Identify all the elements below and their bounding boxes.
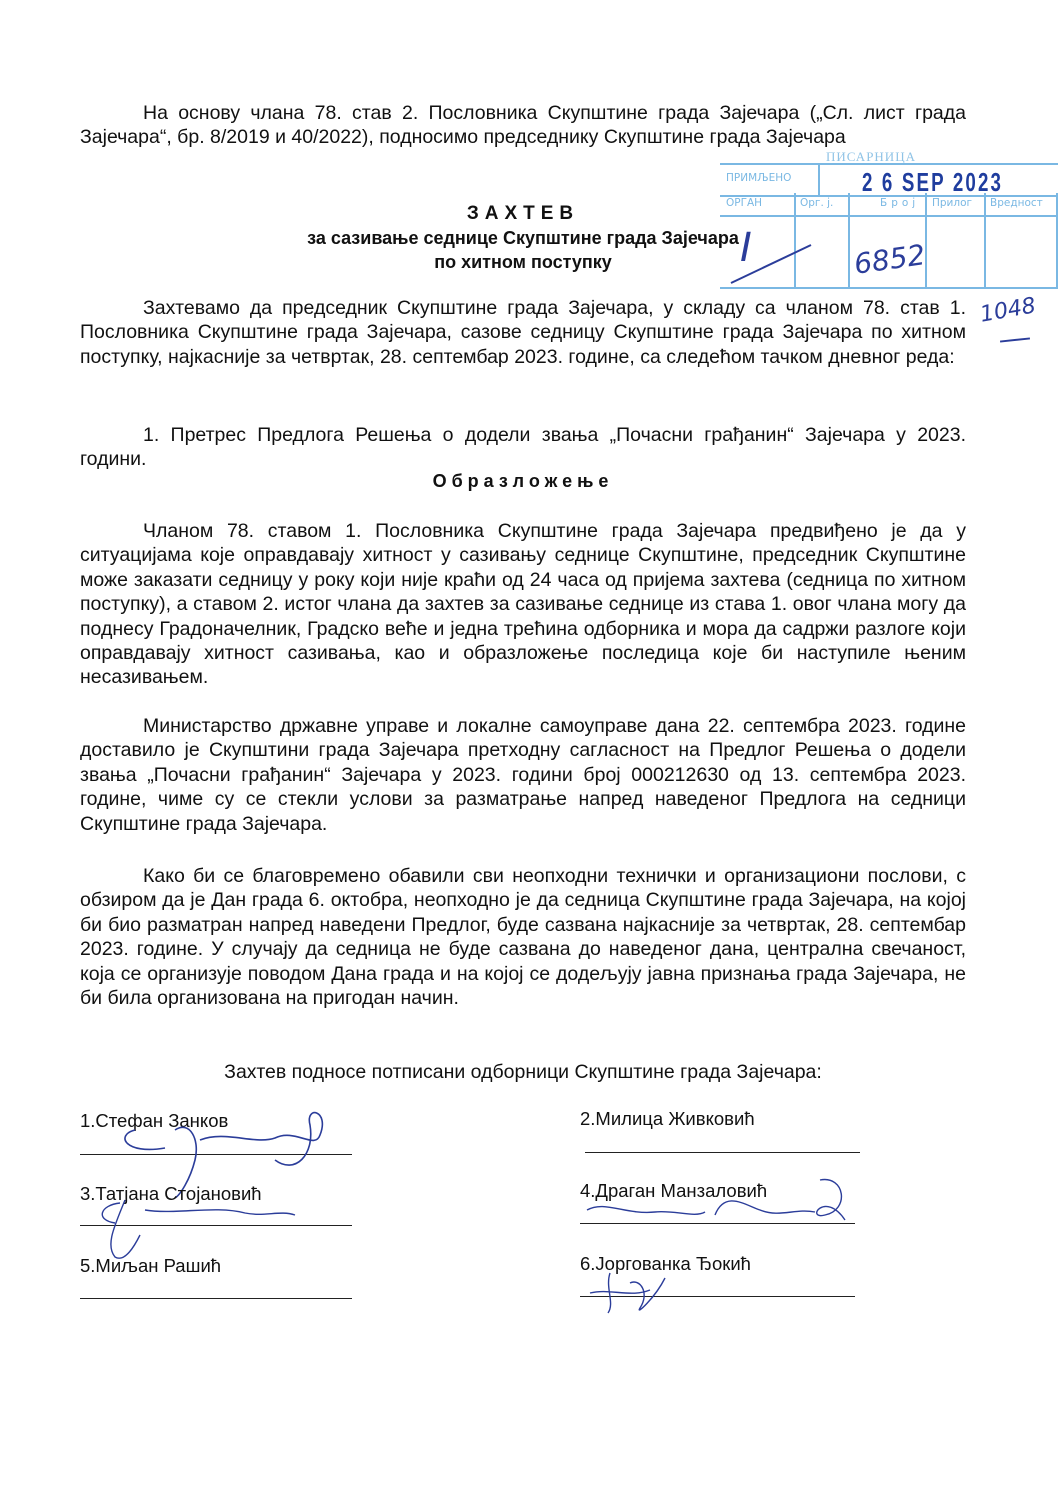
request-paragraph: Захтевамо да председник Скупштине града … xyxy=(80,296,966,369)
margin-note-underline xyxy=(1000,337,1030,342)
explanation-paragraph-2: Министарство државне управе и локалне са… xyxy=(80,714,966,836)
stamp-col-value: Вредност xyxy=(990,197,1043,209)
stamp-received-label: ПРИМЉЕНО xyxy=(726,172,791,184)
signatory-5: 5.Миљан Рашић xyxy=(80,1255,221,1277)
document-page: На основу члана 78. став 2. Пословника С… xyxy=(0,0,1058,1486)
signatory-2: 2.Милица Живковић xyxy=(580,1108,755,1130)
document-title: ЗАХТЕВ xyxy=(80,202,966,226)
document-subtitle-2: по хитном поступку xyxy=(80,250,966,274)
margin-note: 1048 xyxy=(978,293,1037,327)
signature-6-icon xyxy=(580,1268,690,1318)
explanation-paragraph-3: Како би се благовремено обавили сви неоп… xyxy=(80,864,966,1010)
document-subtitle-1: за сазивање седнице Скупштине града Заје… xyxy=(80,226,966,250)
intro-paragraph: На основу члана 78. став 2. Пословника С… xyxy=(80,101,966,150)
explanation-heading: Образложење xyxy=(80,471,966,492)
explanation-paragraph-1: Чланом 78. ставом 1. Пословника Скупштин… xyxy=(80,519,966,690)
signature-line-2 xyxy=(585,1152,860,1153)
stamp-received-row: ПРИМЉЕНО 2 6 SEP 2023 xyxy=(720,163,1058,197)
signatories-intro: Захтев подносе потписани одборници Скупш… xyxy=(80,1060,966,1084)
signature-4-icon xyxy=(575,1170,855,1230)
agenda-item: 1. Претрес Предлога Решења о додели звањ… xyxy=(80,423,966,472)
document-title-block: ЗАХТЕВ за сазивање седнице Скупштине гра… xyxy=(80,202,966,274)
signature-line-5 xyxy=(80,1298,352,1299)
